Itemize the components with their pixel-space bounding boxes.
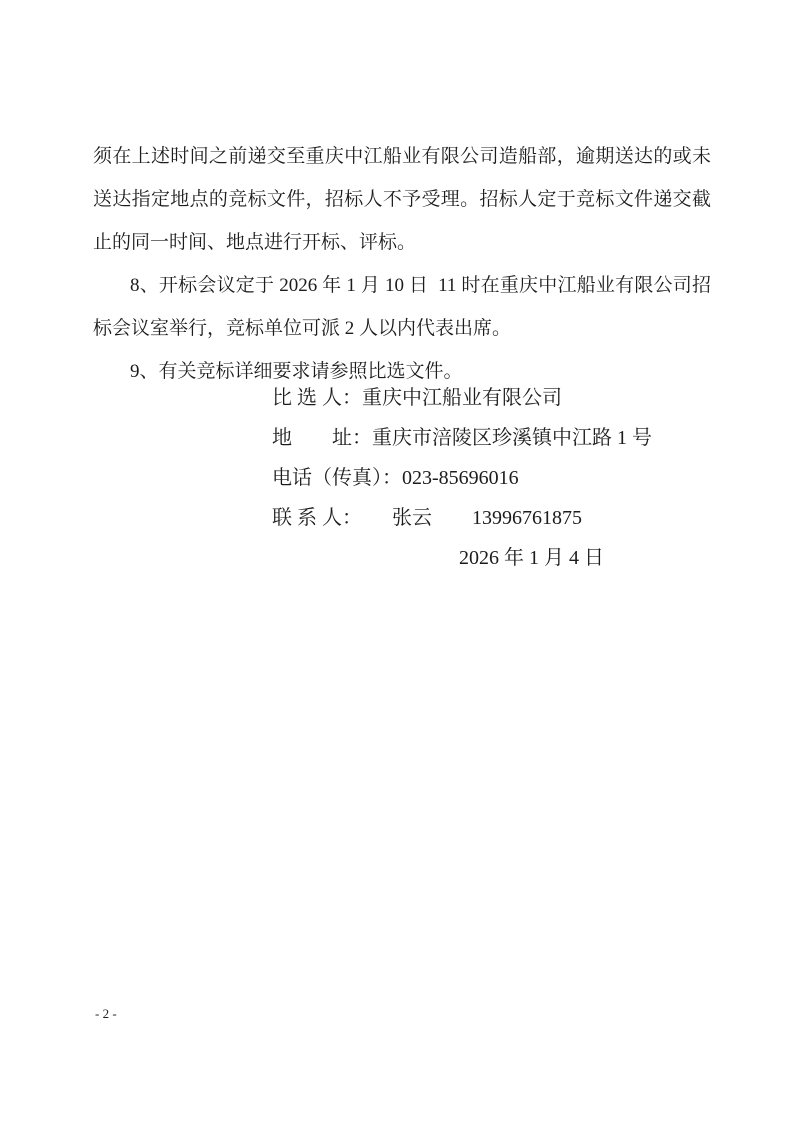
date-line: 2026 年 1 月 4 日 xyxy=(272,538,712,578)
page-number: - 2 - xyxy=(95,1006,117,1022)
contact-block: 比 选 人：重庆中江船业有限公司 地 址：重庆市涪陵区珍溪镇中江路 1 号 电话… xyxy=(272,378,712,578)
phone-fax-line: 电话（传真）：023-85696016 xyxy=(272,458,712,498)
contact-person-line: 联 系 人： 张云 13996761875 xyxy=(272,498,712,538)
bid-selector-line: 比 选 人：重庆中江船业有限公司 xyxy=(272,378,712,418)
item-8-line-1: 8、开标会议定于 2026 年 1 月 10 日 11 时在重庆中江船业有限公司… xyxy=(93,264,711,307)
document-page: 须在上述时间之前递交至重庆中江船业有限公司造船部，逾期送达的或未 送达指定地点的… xyxy=(0,0,793,1122)
document-body: 须在上述时间之前递交至重庆中江船业有限公司造船部，逾期送达的或未 送达指定地点的… xyxy=(93,135,711,393)
address-line: 地 址：重庆市涪陵区珍溪镇中江路 1 号 xyxy=(272,418,712,458)
paragraph-1-line-2: 送达指定地点的竞标文件，招标人不予受理。招标人定于竞标文件递交截 xyxy=(93,178,711,221)
paragraph-1-line-1: 须在上述时间之前递交至重庆中江船业有限公司造船部，逾期送达的或未 xyxy=(93,135,711,178)
paragraph-1-line-3: 止的同一时间、地点进行开标、评标。 xyxy=(93,221,711,264)
item-8-line-2: 标会议室举行，竞标单位可派 2 人以内代表出席。 xyxy=(93,307,711,350)
